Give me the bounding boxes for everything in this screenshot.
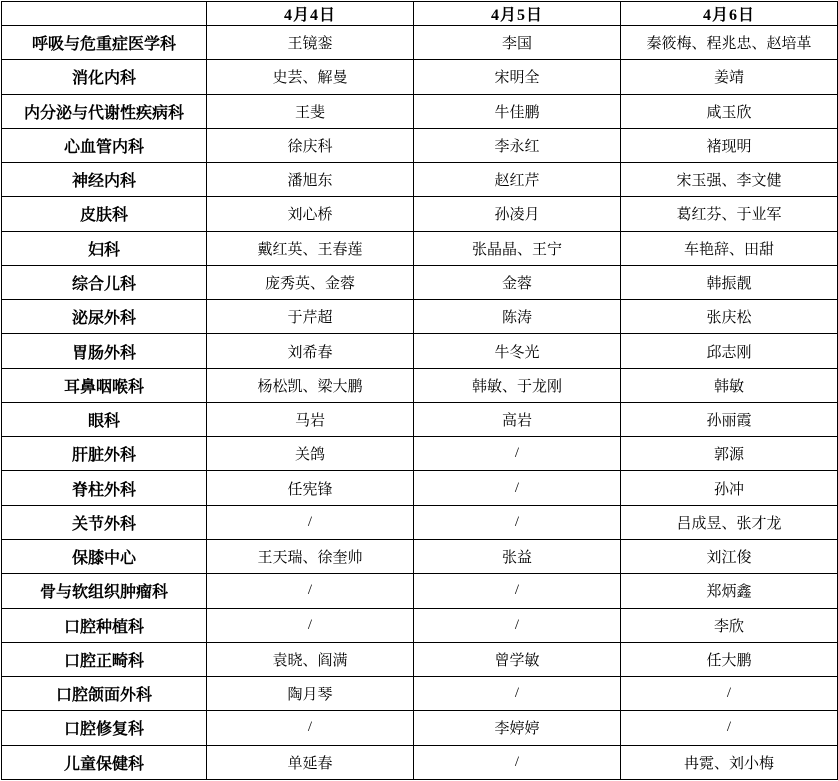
table-row: 心血管内科 徐庆科 李永红 褚现明: [2, 128, 838, 162]
schedule-cell-apr5: /: [414, 471, 621, 505]
schedule-body: 呼吸与危重症医学科 王镜銮 李国 秦筱梅、程兆忠、赵培革 消化内科 史芸、解曼 …: [2, 26, 838, 780]
schedule-cell-apr6: 李欣: [621, 608, 838, 642]
schedule-cell-apr4: /: [207, 608, 414, 642]
table-row: 口腔颌面外科 陶月琴 / /: [2, 677, 838, 711]
table-row: 综合儿科 庞秀英、金蓉 金蓉 韩振靓: [2, 265, 838, 299]
schedule-cell-apr5: 孙凌月: [414, 197, 621, 231]
header-cell-department: [2, 2, 207, 26]
table-row: 泌尿外科 于芹超 陈涛 张庆松: [2, 300, 838, 334]
table-row: 肝脏外科 关鸽 / 郭源: [2, 437, 838, 471]
schedule-cell-apr6: 吕成昱、张才龙: [621, 505, 838, 539]
schedule-cell-apr5: 李婷婷: [414, 711, 621, 745]
schedule-cell-apr5: 牛冬光: [414, 334, 621, 368]
table-row: 消化内科 史芸、解曼 宋明全 姜靖: [2, 60, 838, 94]
department-cell: 骨与软组织肿瘤科: [2, 574, 207, 608]
schedule-cell-apr5: /: [414, 677, 621, 711]
department-cell: 口腔正畸科: [2, 642, 207, 676]
table-row: 口腔正畸科 袁晓、阎满 曾学敏 任大鹏: [2, 642, 838, 676]
schedule-cell-apr4: /: [207, 711, 414, 745]
schedule-cell-apr4: 史芸、解曼: [207, 60, 414, 94]
header-cell-date-apr5: 4月5日: [414, 2, 621, 26]
department-cell: 胃肠外科: [2, 334, 207, 368]
schedule-cell-apr4: 袁晓、阎满: [207, 642, 414, 676]
department-cell: 耳鼻咽喉科: [2, 368, 207, 402]
schedule-cell-apr6: 张庆松: [621, 300, 838, 334]
department-cell: 神经内科: [2, 163, 207, 197]
schedule-cell-apr6: 秦筱梅、程兆忠、赵培革: [621, 26, 838, 60]
schedule-cell-apr5: 牛佳鹏: [414, 94, 621, 128]
table-row: 神经内科 潘旭东 赵红芹 宋玉强、李文健: [2, 163, 838, 197]
schedule-cell-apr4: 关鸽: [207, 437, 414, 471]
schedule-cell-apr5: /: [414, 505, 621, 539]
schedule-cell-apr6: 褚现明: [621, 128, 838, 162]
schedule-cell-apr4: 潘旭东: [207, 163, 414, 197]
schedule-cell-apr4: /: [207, 574, 414, 608]
header-cell-date-apr4: 4月4日: [207, 2, 414, 26]
department-cell: 脊柱外科: [2, 471, 207, 505]
department-cell: 关节外科: [2, 505, 207, 539]
schedule-cell-apr6: 孙冲: [621, 471, 838, 505]
schedule-cell-apr4: /: [207, 505, 414, 539]
department-cell: 消化内科: [2, 60, 207, 94]
schedule-cell-apr5: 李永红: [414, 128, 621, 162]
department-cell: 皮肤科: [2, 197, 207, 231]
department-cell: 口腔颌面外科: [2, 677, 207, 711]
schedule-cell-apr6: /: [621, 711, 838, 745]
department-cell: 眼科: [2, 402, 207, 436]
schedule-cell-apr5: 张益: [414, 539, 621, 573]
schedule-cell-apr6: 车艳辞、田甜: [621, 231, 838, 265]
schedule-cell-apr5: /: [414, 745, 621, 779]
department-cell: 呼吸与危重症医学科: [2, 26, 207, 60]
schedule-cell-apr4: 陶月琴: [207, 677, 414, 711]
schedule-cell-apr6: 郭源: [621, 437, 838, 471]
schedule-cell-apr6: 冉霓、刘小梅: [621, 745, 838, 779]
schedule-cell-apr4: 王斐: [207, 94, 414, 128]
schedule-cell-apr5: 韩敏、于龙刚: [414, 368, 621, 402]
table-row: 眼科 马岩 高岩 孙丽霞: [2, 402, 838, 436]
table-row: 口腔种植科 / / 李欣: [2, 608, 838, 642]
schedule-cell-apr5: 金蓉: [414, 265, 621, 299]
department-cell: 肝脏外科: [2, 437, 207, 471]
table-row: 骨与软组织肿瘤科 / / 郑炳鑫: [2, 574, 838, 608]
schedule-cell-apr6: 姜靖: [621, 60, 838, 94]
schedule-cell-apr4: 单延春: [207, 745, 414, 779]
schedule-cell-apr6: 葛红芬、于业军: [621, 197, 838, 231]
schedule-cell-apr6: 刘江俊: [621, 539, 838, 573]
schedule-cell-apr5: 李国: [414, 26, 621, 60]
schedule-cell-apr5: 陈涛: [414, 300, 621, 334]
schedule-cell-apr4: 戴红英、王春莲: [207, 231, 414, 265]
table-row: 保膝中心 王天瑞、徐奎帅 张益 刘江俊: [2, 539, 838, 573]
schedule-cell-apr5: 宋明全: [414, 60, 621, 94]
table-row: 关节外科 / / 吕成昱、张才龙: [2, 505, 838, 539]
schedule-cell-apr6: 郑炳鑫: [621, 574, 838, 608]
department-cell: 泌尿外科: [2, 300, 207, 334]
schedule-cell-apr5: 赵红芹: [414, 163, 621, 197]
schedule-cell-apr6: 韩敏: [621, 368, 838, 402]
schedule-cell-apr4: 刘希春: [207, 334, 414, 368]
schedule-cell-apr6: 韩振靓: [621, 265, 838, 299]
schedule-cell-apr5: /: [414, 608, 621, 642]
schedule-cell-apr5: /: [414, 574, 621, 608]
schedule-cell-apr5: 张晶晶、王宁: [414, 231, 621, 265]
table-row: 胃肠外科 刘希春 牛冬光 邱志刚: [2, 334, 838, 368]
header-row: 4月4日 4月5日 4月6日: [2, 2, 838, 26]
schedule-cell-apr6: /: [621, 677, 838, 711]
duty-schedule-table: 4月4日 4月5日 4月6日 呼吸与危重症医学科 王镜銮 李国 秦筱梅、程兆忠、…: [1, 1, 838, 780]
department-cell: 保膝中心: [2, 539, 207, 573]
department-cell: 口腔修复科: [2, 711, 207, 745]
schedule-cell-apr4: 庞秀英、金蓉: [207, 265, 414, 299]
schedule-cell-apr4: 于芹超: [207, 300, 414, 334]
schedule-cell-apr4: 马岩: [207, 402, 414, 436]
schedule-cell-apr4: 王天瑞、徐奎帅: [207, 539, 414, 573]
schedule-cell-apr4: 徐庆科: [207, 128, 414, 162]
schedule-cell-apr4: 杨松凯、梁大鹏: [207, 368, 414, 402]
department-cell: 心血管内科: [2, 128, 207, 162]
table-row: 脊柱外科 任宪锋 / 孙冲: [2, 471, 838, 505]
schedule-cell-apr6: 孙丽霞: [621, 402, 838, 436]
schedule-cell-apr5: 高岩: [414, 402, 621, 436]
table-row: 皮肤科 刘心桥 孙凌月 葛红芬、于业军: [2, 197, 838, 231]
schedule-cell-apr6: 宋玉强、李文健: [621, 163, 838, 197]
department-cell: 内分泌与代谢性疾病科: [2, 94, 207, 128]
table-row: 口腔修复科 / 李婷婷 /: [2, 711, 838, 745]
table-row: 内分泌与代谢性疾病科 王斐 牛佳鹏 咸玉欣: [2, 94, 838, 128]
schedule-cell-apr4: 任宪锋: [207, 471, 414, 505]
schedule-cell-apr6: 咸玉欣: [621, 94, 838, 128]
department-cell: 口腔种植科: [2, 608, 207, 642]
department-cell: 综合儿科: [2, 265, 207, 299]
schedule-cell-apr5: /: [414, 437, 621, 471]
schedule-cell-apr6: 邱志刚: [621, 334, 838, 368]
schedule-cell-apr4: 王镜銮: [207, 26, 414, 60]
schedule-cell-apr4: 刘心桥: [207, 197, 414, 231]
table-row: 妇科 戴红英、王春莲 张晶晶、王宁 车艳辞、田甜: [2, 231, 838, 265]
department-cell: 妇科: [2, 231, 207, 265]
schedule-cell-apr6: 任大鹏: [621, 642, 838, 676]
table-row: 耳鼻咽喉科 杨松凯、梁大鹏 韩敏、于龙刚 韩敏: [2, 368, 838, 402]
schedule-cell-apr5: 曾学敏: [414, 642, 621, 676]
table-row: 儿童保健科 单延春 / 冉霓、刘小梅: [2, 745, 838, 779]
table-row: 呼吸与危重症医学科 王镜銮 李国 秦筱梅、程兆忠、赵培革: [2, 26, 838, 60]
department-cell: 儿童保健科: [2, 745, 207, 779]
header-cell-date-apr6: 4月6日: [621, 2, 838, 26]
